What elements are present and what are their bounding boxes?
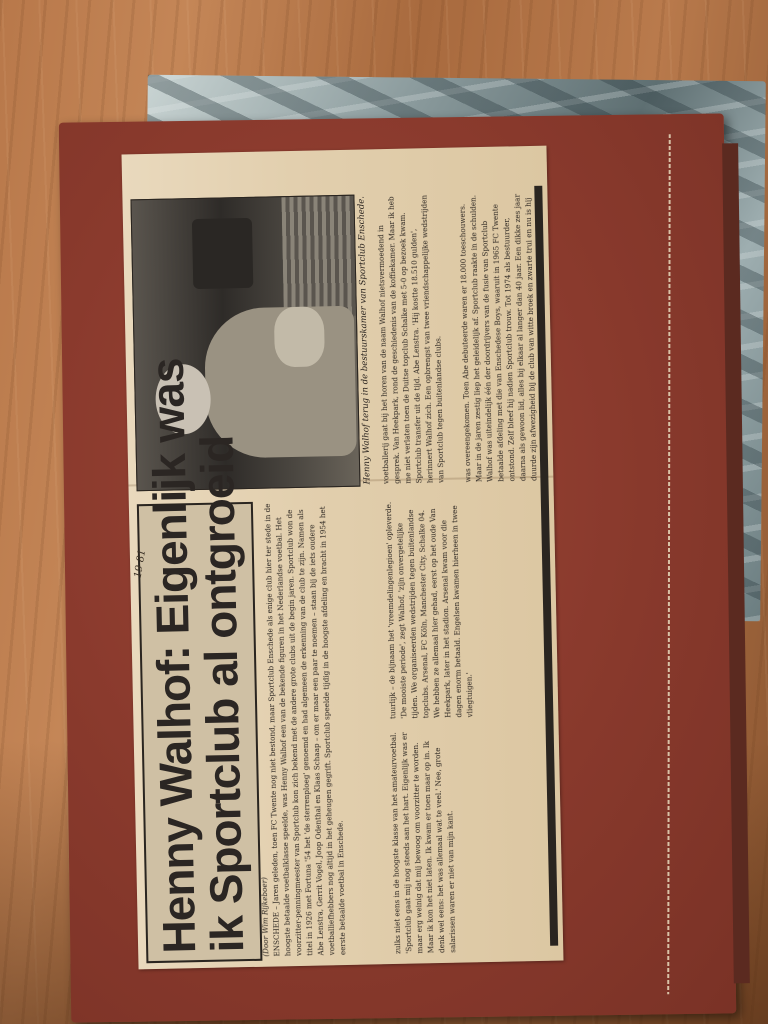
column-text: tuurlijk – de bijnaam het 'vreemdelingen… xyxy=(383,497,476,719)
column-text: zulks niet eens in de hoogste klasse van… xyxy=(388,724,459,954)
article-column-1: (Door Wim Rijkeboer) ENSCHEDE – Jaren ge… xyxy=(251,499,391,957)
column-text: voetballerij gaat bij het horen van de n… xyxy=(374,193,446,484)
column-text: ENSCHEDE – Jaren geleden, toen FC Twente… xyxy=(263,503,347,956)
byline: (Door Wim Rijkeboer) xyxy=(260,877,271,957)
column-text: was overeengekomen. Toen Abe debuteerde … xyxy=(456,191,538,483)
article-column-5: was overeengekomen. Toen Abe debuteerde … xyxy=(456,191,538,483)
article-column-2: tuurlijk – de bijnaam het 'vreemdelingen… xyxy=(383,497,508,719)
headline-box: Henny Walhof: Eigenlijk was ik Sportclub… xyxy=(137,502,263,963)
spine-stitching xyxy=(667,134,671,994)
window-blinds xyxy=(281,196,355,317)
folded-hands xyxy=(274,306,325,367)
headline-line-2: ik Sportclub al ontgroeid xyxy=(189,435,254,953)
trophy-shelf xyxy=(192,218,253,289)
article-column-4: voetballerij gaat bij het horen van de n… xyxy=(374,193,460,485)
newspaper-clipping: Henny Walhof terug in de bestuurskamer v… xyxy=(122,146,564,970)
article-column-3: zulks niet eens in de hoogste klasse van… xyxy=(388,723,513,954)
